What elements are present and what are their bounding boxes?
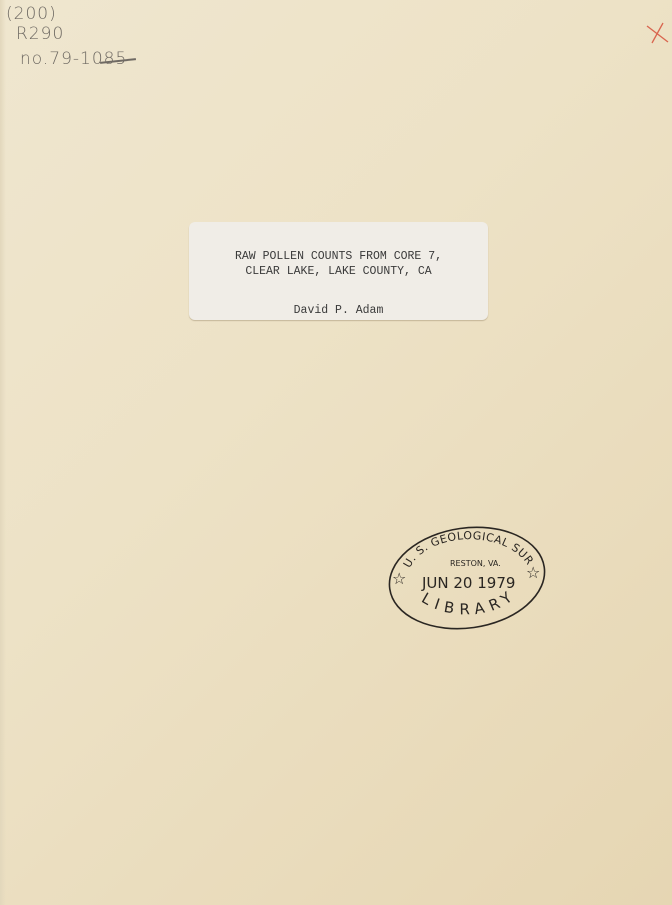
document-title-line-2: CLEAR LAKE, LAKE COUNTY, CA: [189, 265, 488, 278]
stamp-date: JUN 20 1979: [421, 574, 515, 592]
handwritten-note-2: R290: [16, 24, 64, 44]
stamp-location: RESTON, VA.: [450, 559, 501, 568]
library-stamp: U. S. GEOLOGICAL SURVEY RESTON, VA. ☆ ☆ …: [386, 522, 548, 634]
red-x-mark-icon: [643, 20, 671, 46]
document-title-line-1: RAW POLLEN COUNTS FROM CORE 7,: [189, 250, 488, 263]
handwritten-note-3: no.79-1085: [20, 49, 127, 69]
star-icon: ☆: [526, 563, 540, 582]
title-label: RAW POLLEN COUNTS FROM CORE 7, CLEAR LAK…: [189, 222, 488, 320]
star-icon: ☆: [392, 569, 406, 588]
document-author: David P. Adam: [189, 304, 488, 317]
page-edge: [0, 0, 6, 905]
handwritten-note-1: (200): [6, 4, 57, 24]
